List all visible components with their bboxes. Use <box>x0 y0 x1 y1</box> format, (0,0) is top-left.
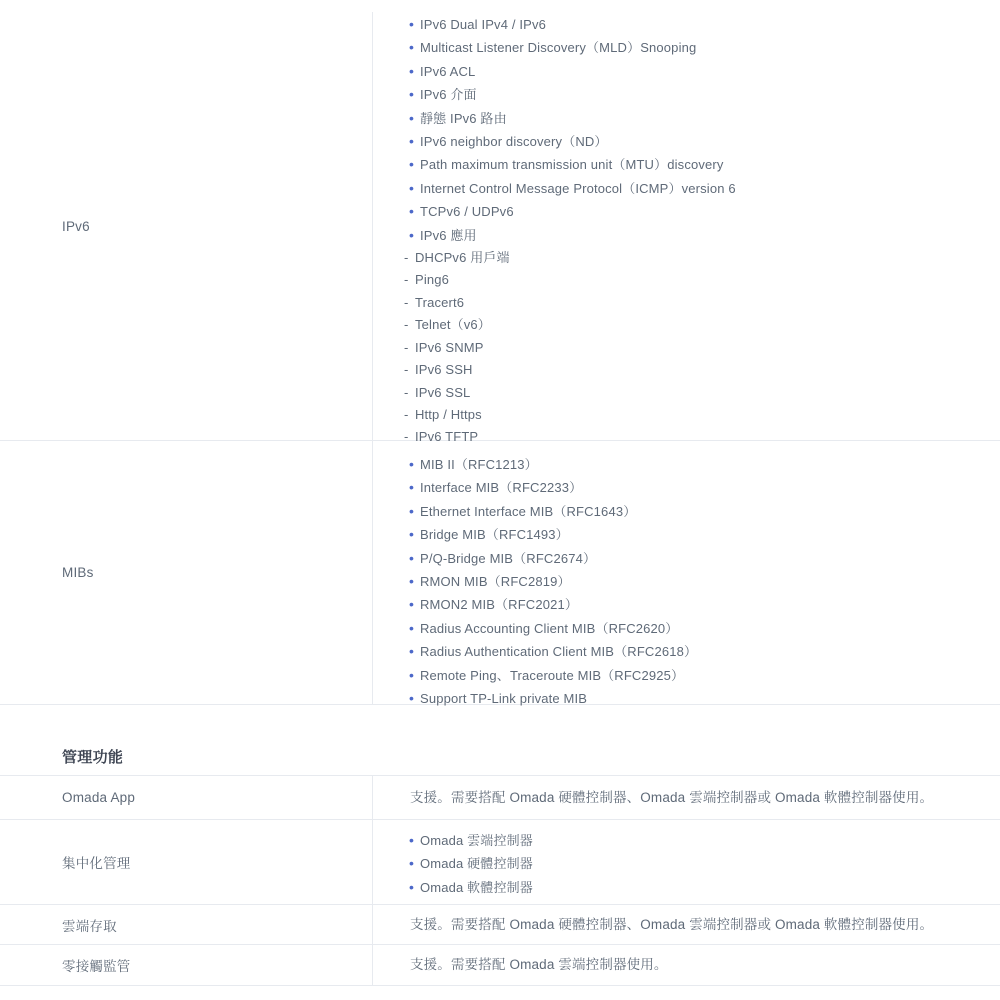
spec-row-label: Omada App <box>0 776 373 819</box>
bullet-icon: • <box>409 453 420 475</box>
spec-item-text: Bridge MIB（RFC1493） <box>420 527 569 542</box>
spec-item-text: Telnet（v6） <box>415 317 491 332</box>
spec-table: IPv6•IPv6 Dual IPv4 / IPv6•Multicast Lis… <box>0 12 1000 986</box>
spec-item: •IPv6 應用 <box>404 224 1000 247</box>
spec-item-text: IPv6 SSL <box>415 385 470 400</box>
spec-item-text: IPv6 Dual IPv4 / IPv6 <box>420 17 546 32</box>
spec-item-text: 靜態 IPv6 路由 <box>420 111 507 126</box>
dash-icon: - <box>404 247 415 269</box>
bullet-icon: • <box>409 523 420 545</box>
bullet-icon: • <box>409 617 420 639</box>
spec-row-content: •MIB II（RFC1213）•Interface MIB（RFC2233）•… <box>373 441 1000 704</box>
spec-row-label-text: 零接觸監管 <box>62 955 131 975</box>
spec-item-text: 支援。需要搭配 Omada 硬體控制器、Omada 雲端控制器或 Omada 軟… <box>410 790 933 805</box>
bullet-icon: • <box>409 829 420 851</box>
spec-row-label-text: 雲端存取 <box>62 915 117 935</box>
spec-item-text: IPv6 介面 <box>420 87 477 102</box>
spec-item-text: IPv6 ACL <box>420 64 475 79</box>
spec-row-label: 集中化管理 <box>0 820 373 904</box>
bullet-icon: • <box>409 200 420 222</box>
spec-row-label: 零接觸監管 <box>0 945 373 985</box>
spec-item-text: Tracert6 <box>415 295 464 310</box>
spec-item: -IPv6 SSL <box>404 382 1000 404</box>
spec-item-text: Interface MIB（RFC2233） <box>420 480 582 495</box>
spec-item-text: IPv6 應用 <box>420 228 477 243</box>
spec-row-label: IPv6 <box>0 12 373 440</box>
spec-row-label: MIBs <box>0 441 373 704</box>
spec-item: •Radius Authentication Client MIB（RFC261… <box>404 640 1000 663</box>
spec-item: -Telnet（v6） <box>404 314 1000 336</box>
spec-row: 集中化管理•Omada 雲端控制器•Omada 硬體控制器•Omada 軟體控制… <box>0 820 1000 905</box>
spec-item-text: RMON MIB（RFC2819） <box>420 574 571 589</box>
spec-section-top: IPv6•IPv6 Dual IPv4 / IPv6•Multicast Lis… <box>0 12 1000 705</box>
dash-icon: - <box>404 359 415 381</box>
spec-row-label-text: MIBs <box>62 565 94 580</box>
bullet-icon: • <box>409 60 420 82</box>
spec-item: •Omada 軟體控制器 <box>404 876 1000 899</box>
bullet-icon: • <box>409 130 420 152</box>
spec-item: •MIB II（RFC1213） <box>404 453 1000 476</box>
spec-row-content: 支援。需要搭配 Omada 硬體控制器、Omada 雲端控制器或 Omada 軟… <box>373 905 1000 944</box>
spec-item-text: RMON2 MIB（RFC2021） <box>420 597 578 612</box>
spec-row-label-text: 集中化管理 <box>62 852 131 872</box>
spec-row: IPv6•IPv6 Dual IPv4 / IPv6•Multicast Lis… <box>0 12 1000 441</box>
spec-row-content: •Omada 雲端控制器•Omada 硬體控制器•Omada 軟體控制器 <box>373 820 1000 904</box>
spec-item: •RMON2 MIB（RFC2021） <box>404 593 1000 616</box>
spec-item: •RMON MIB（RFC2819） <box>404 570 1000 593</box>
spec-item-text: Internet Control Message Protocol（ICMP）v… <box>420 181 736 196</box>
spec-row-label: 雲端存取 <box>0 905 373 944</box>
spec-item-text: DHCPv6 用戶端 <box>415 250 510 265</box>
spec-row-label-text: IPv6 <box>62 219 90 234</box>
spec-item: •Ethernet Interface MIB（RFC1643） <box>404 500 1000 523</box>
spec-item-text: Omada 雲端控制器 <box>420 833 533 848</box>
spec-item-text: Multicast Listener Discovery（MLD）Snoopin… <box>420 40 696 55</box>
bullet-icon: • <box>409 547 420 569</box>
spec-item: •IPv6 介面 <box>404 83 1000 106</box>
spec-item: •Multicast Listener Discovery（MLD）Snoopi… <box>404 36 1000 59</box>
spec-row: 零接觸監管支援。需要搭配 Omada 雲端控制器使用。 <box>0 945 1000 986</box>
spec-item-text: Omada 軟體控制器 <box>420 880 533 895</box>
spec-item-text: Radius Accounting Client MIB（RFC2620） <box>420 621 678 636</box>
spec-item: •Path maximum transmission unit（MTU）disc… <box>404 153 1000 176</box>
dash-icon: - <box>404 269 415 291</box>
spec-item-text: IPv6 SSH <box>415 362 473 377</box>
spec-item: -DHCPv6 用戶端 <box>404 247 1000 269</box>
spec-item: •IPv6 Dual IPv4 / IPv6 <box>404 13 1000 36</box>
bullet-icon: • <box>409 593 420 615</box>
bullet-icon: • <box>409 687 420 709</box>
spec-item-text: Path maximum transmission unit（MTU）disco… <box>420 157 724 172</box>
spec-item: •Omada 硬體控制器 <box>404 852 1000 875</box>
spec-item-text: Radius Authentication Client MIB（RFC2618… <box>420 644 697 659</box>
spec-item-text: TCPv6 / UDPv6 <box>420 204 514 219</box>
spec-item: •Internet Control Message Protocol（ICMP）… <box>404 177 1000 200</box>
spec-item: 支援。需要搭配 Omada 硬體控制器、Omada 雲端控制器或 Omada 軟… <box>410 915 1000 935</box>
dash-icon: - <box>404 314 415 336</box>
spec-row-content: 支援。需要搭配 Omada 雲端控制器使用。 <box>373 945 1000 985</box>
spec-item: •P/Q-Bridge MIB（RFC2674） <box>404 547 1000 570</box>
spec-item-text: IPv6 neighbor discovery（ND） <box>420 134 608 149</box>
bullet-icon: • <box>409 664 420 686</box>
section-header-management: 管理功能 <box>0 705 1000 776</box>
bullet-icon: • <box>409 640 420 662</box>
spec-item: -IPv6 SNMP <box>404 337 1000 359</box>
spec-item-text: 支援。需要搭配 Omada 硬體控制器、Omada 雲端控制器或 Omada 軟… <box>410 917 933 932</box>
spec-row-label-text: Omada App <box>62 790 135 805</box>
spec-row: 雲端存取支援。需要搭配 Omada 硬體控制器、Omada 雲端控制器或 Oma… <box>0 905 1000 945</box>
spec-row: MIBs•MIB II（RFC1213）•Interface MIB（RFC22… <box>0 441 1000 705</box>
dash-icon: - <box>404 382 415 404</box>
bullet-icon: • <box>409 876 420 898</box>
bullet-icon: • <box>409 107 420 129</box>
bullet-icon: • <box>409 476 420 498</box>
bullet-icon: • <box>409 36 420 58</box>
section-header-text: 管理功能 <box>62 749 123 766</box>
bullet-icon: • <box>409 153 420 175</box>
spec-item: •Omada 雲端控制器 <box>404 829 1000 852</box>
spec-item: •IPv6 neighbor discovery（ND） <box>404 130 1000 153</box>
spec-row-content: 支援。需要搭配 Omada 硬體控制器、Omada 雲端控制器或 Omada 軟… <box>373 776 1000 819</box>
spec-item: -Http / Https <box>404 404 1000 426</box>
bullet-icon: • <box>409 224 420 246</box>
spec-row: Omada App支援。需要搭配 Omada 硬體控制器、Omada 雲端控制器… <box>0 776 1000 820</box>
spec-item-text: Omada 硬體控制器 <box>420 856 533 871</box>
spec-section-management: Omada App支援。需要搭配 Omada 硬體控制器、Omada 雲端控制器… <box>0 776 1000 986</box>
bullet-icon: • <box>409 177 420 199</box>
spec-item: •Remote Ping、Traceroute MIB（RFC2925） <box>404 664 1000 687</box>
spec-item-text: Ethernet Interface MIB（RFC1643） <box>420 504 636 519</box>
spec-item-text: Remote Ping、Traceroute MIB（RFC2925） <box>420 668 684 683</box>
bullet-icon: • <box>409 852 420 874</box>
spec-item: •IPv6 ACL <box>404 60 1000 83</box>
bullet-icon: • <box>409 500 420 522</box>
spec-item-text: 支援。需要搭配 Omada 雲端控制器使用。 <box>410 957 668 972</box>
spec-item: •Support TP-Link private MIB <box>404 687 1000 710</box>
spec-item-text: MIB II（RFC1213） <box>420 457 538 472</box>
dash-icon: - <box>404 404 415 426</box>
spec-item-text: Support TP-Link private MIB <box>420 691 587 706</box>
spec-item: 支援。需要搭配 Omada 硬體控制器、Omada 雲端控制器或 Omada 軟… <box>410 788 1000 808</box>
spec-item: •靜態 IPv6 路由 <box>404 107 1000 130</box>
spec-item: •Bridge MIB（RFC1493） <box>404 523 1000 546</box>
dash-icon: - <box>404 292 415 314</box>
spec-item: 支援。需要搭配 Omada 雲端控制器使用。 <box>410 955 1000 975</box>
spec-item: •Interface MIB（RFC2233） <box>404 476 1000 499</box>
spec-item: -IPv6 SSH <box>404 359 1000 381</box>
spec-item-text: IPv6 SNMP <box>415 340 484 355</box>
bullet-icon: • <box>409 570 420 592</box>
bullet-icon: • <box>409 83 420 105</box>
spec-item: -Ping6 <box>404 269 1000 291</box>
spec-row-content: •IPv6 Dual IPv4 / IPv6•Multicast Listene… <box>373 12 1000 440</box>
spec-item-text: P/Q-Bridge MIB（RFC2674） <box>420 551 596 566</box>
spec-item: •TCPv6 / UDPv6 <box>404 200 1000 223</box>
dash-icon: - <box>404 337 415 359</box>
spec-item: •Radius Accounting Client MIB（RFC2620） <box>404 617 1000 640</box>
spec-item-text: Http / Https <box>415 407 482 422</box>
spec-item: -Tracert6 <box>404 292 1000 314</box>
bullet-icon: • <box>409 13 420 35</box>
spec-item-text: Ping6 <box>415 272 449 287</box>
